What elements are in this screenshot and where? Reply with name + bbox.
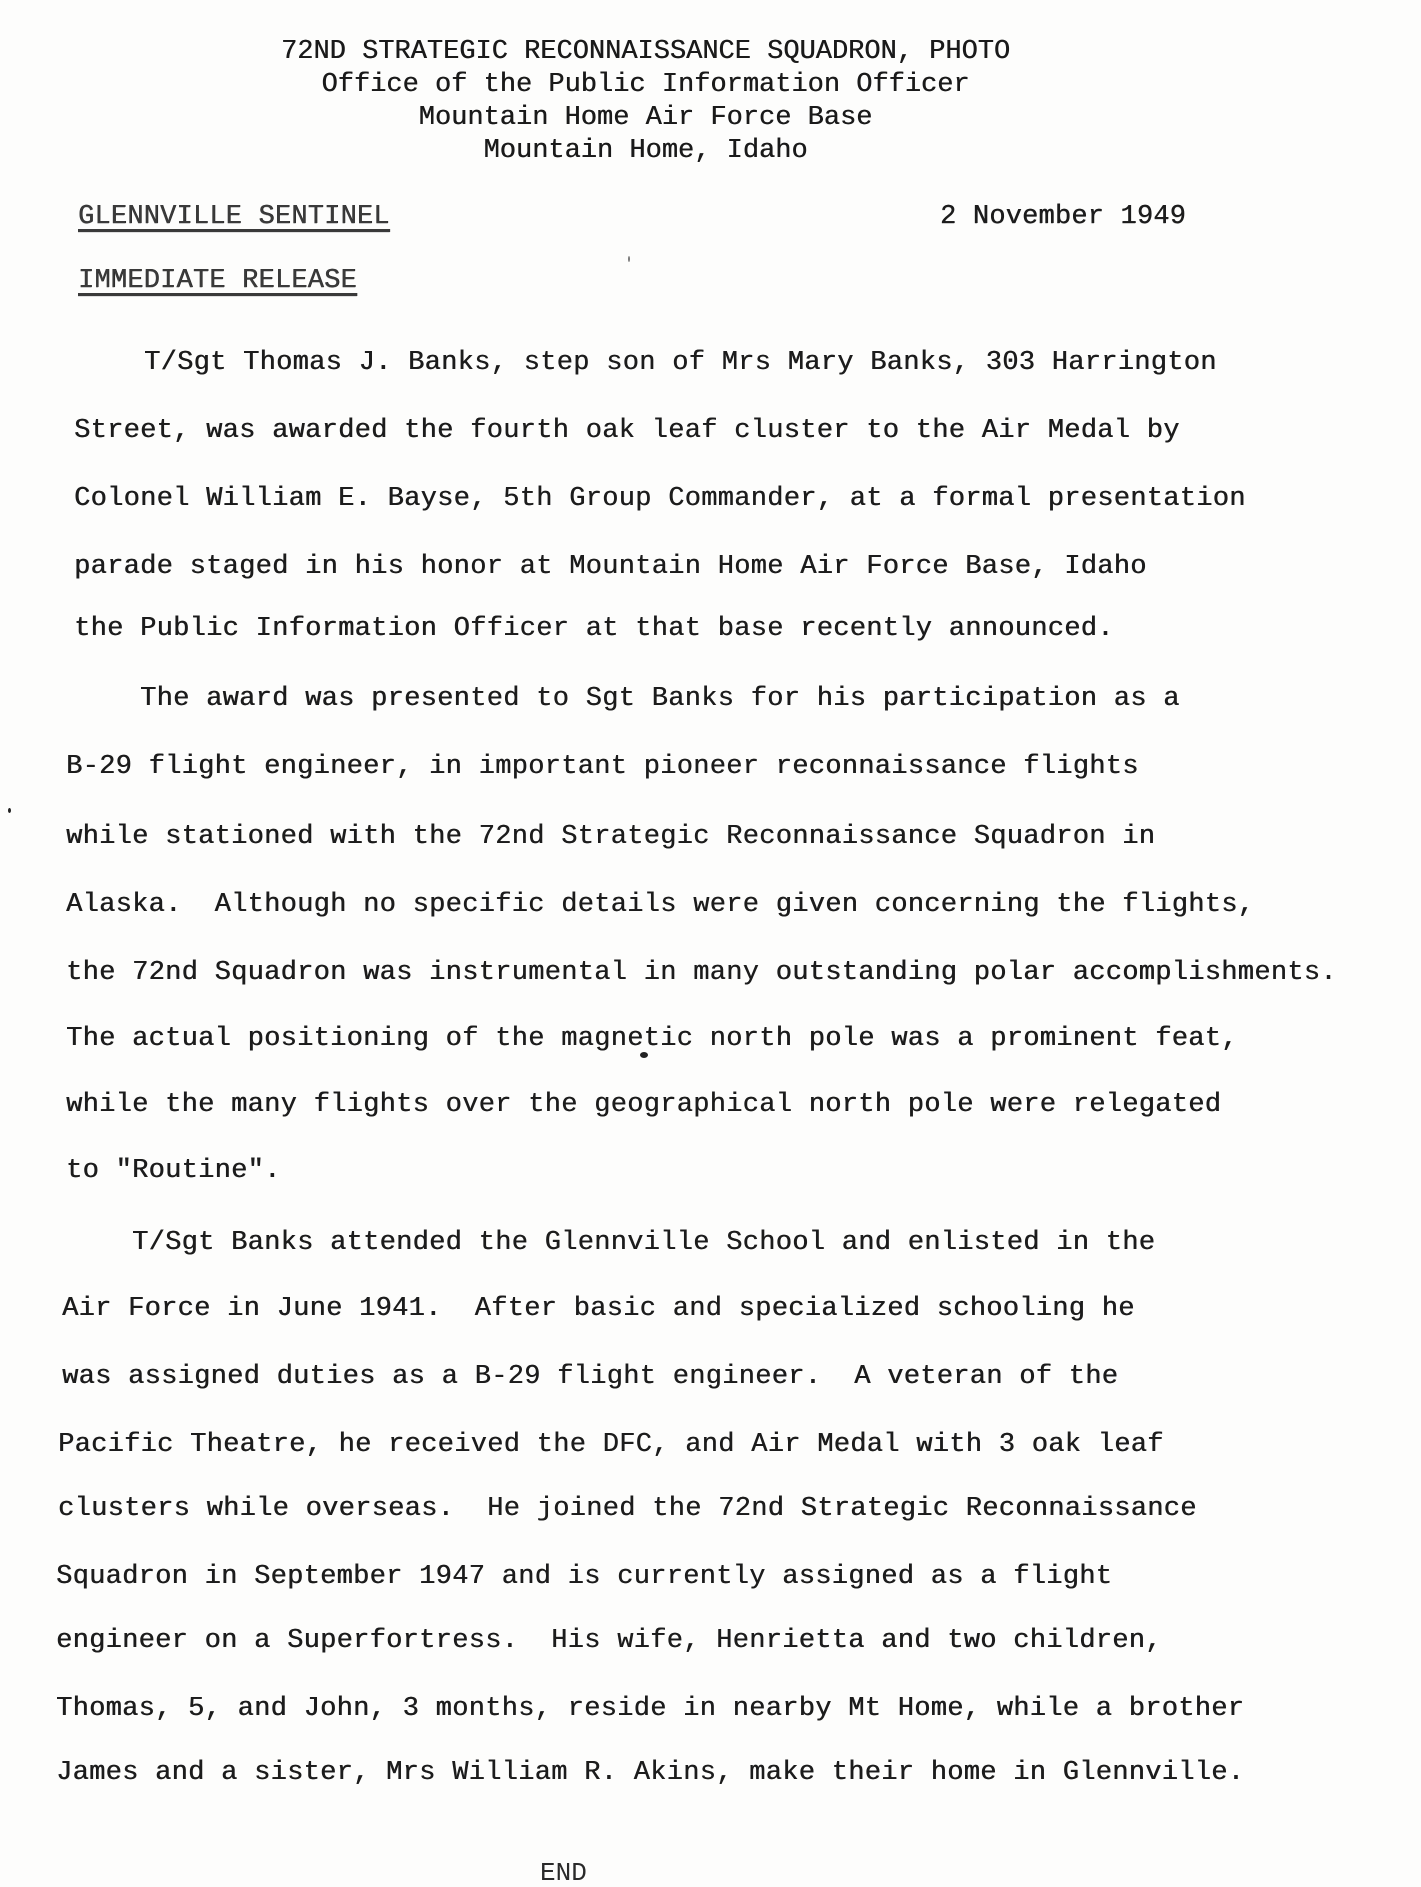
body-line: Thomas, 5, and John, 3 months, reside in…	[56, 1694, 1244, 1724]
body-line: Colonel William E. Bayse, 5th Group Comm…	[74, 484, 1246, 514]
body-line: James and a sister, Mrs William R. Akins…	[56, 1758, 1244, 1788]
body-line: Pacific Theatre, he received the DFC, an…	[58, 1430, 1164, 1460]
body-line: engineer on a Superfortress. His wife, H…	[56, 1626, 1162, 1656]
body-line: T/Sgt Banks attended the Glennville Scho…	[66, 1228, 1155, 1258]
body-line: while stationed with the 72nd Strategic …	[66, 822, 1155, 852]
body-line: Street, was awarded the fourth oak leaf …	[74, 416, 1180, 446]
letterhead-office: Office of the Public Information Officer	[0, 69, 1421, 102]
scan-speck	[8, 808, 11, 813]
scan-speck	[640, 1052, 648, 1058]
body-line: The award was presented to Sgt Banks for…	[74, 684, 1180, 714]
letterhead-base: Mountain Home Air Force Base	[0, 102, 1421, 135]
letterhead: 72ND STRATEGIC RECONNAISSANCE SQUADRON, …	[0, 36, 1421, 168]
publication-name: GLENNVILLE SENTINEL	[78, 202, 390, 232]
release-date: 2 November 1949	[940, 202, 1186, 232]
body-line: Alaska. Although no specific details wer…	[66, 890, 1254, 920]
press-release-page: 72ND STRATEGIC RECONNAISSANCE SQUADRON, …	[0, 0, 1421, 1887]
body-line: was assigned duties as a B-29 flight eng…	[62, 1362, 1118, 1392]
body-line: Squadron in September 1947 and is curren…	[56, 1562, 1112, 1592]
body-line: Air Force in June 1941. After basic and …	[62, 1294, 1135, 1324]
release-type: IMMEDIATE RELEASE	[78, 266, 357, 296]
body-line: to "Routine".	[66, 1156, 281, 1186]
body-line: B-29 flight engineer, in important pione…	[66, 752, 1139, 782]
body-line: parade staged in his honor at Mountain H…	[74, 552, 1147, 582]
body-line: clusters while overseas. He joined the 7…	[58, 1494, 1197, 1524]
body-line: The actual positioning of the magnetic n…	[66, 1024, 1238, 1054]
body-line: the 72nd Squadron was instrumental in ma…	[66, 958, 1337, 988]
letterhead-location: Mountain Home, Idaho	[0, 135, 1421, 168]
letterhead-unit: 72ND STRATEGIC RECONNAISSANCE SQUADRON, …	[0, 36, 1421, 69]
body-line: the Public Information Officer at that b…	[74, 614, 1114, 644]
scan-speck	[628, 256, 630, 262]
body-line: while the many flights over the geograph…	[66, 1090, 1221, 1120]
body-line: T/Sgt Thomas J. Banks, step son of Mrs M…	[78, 348, 1217, 378]
end-mark: END	[540, 1858, 587, 1887]
